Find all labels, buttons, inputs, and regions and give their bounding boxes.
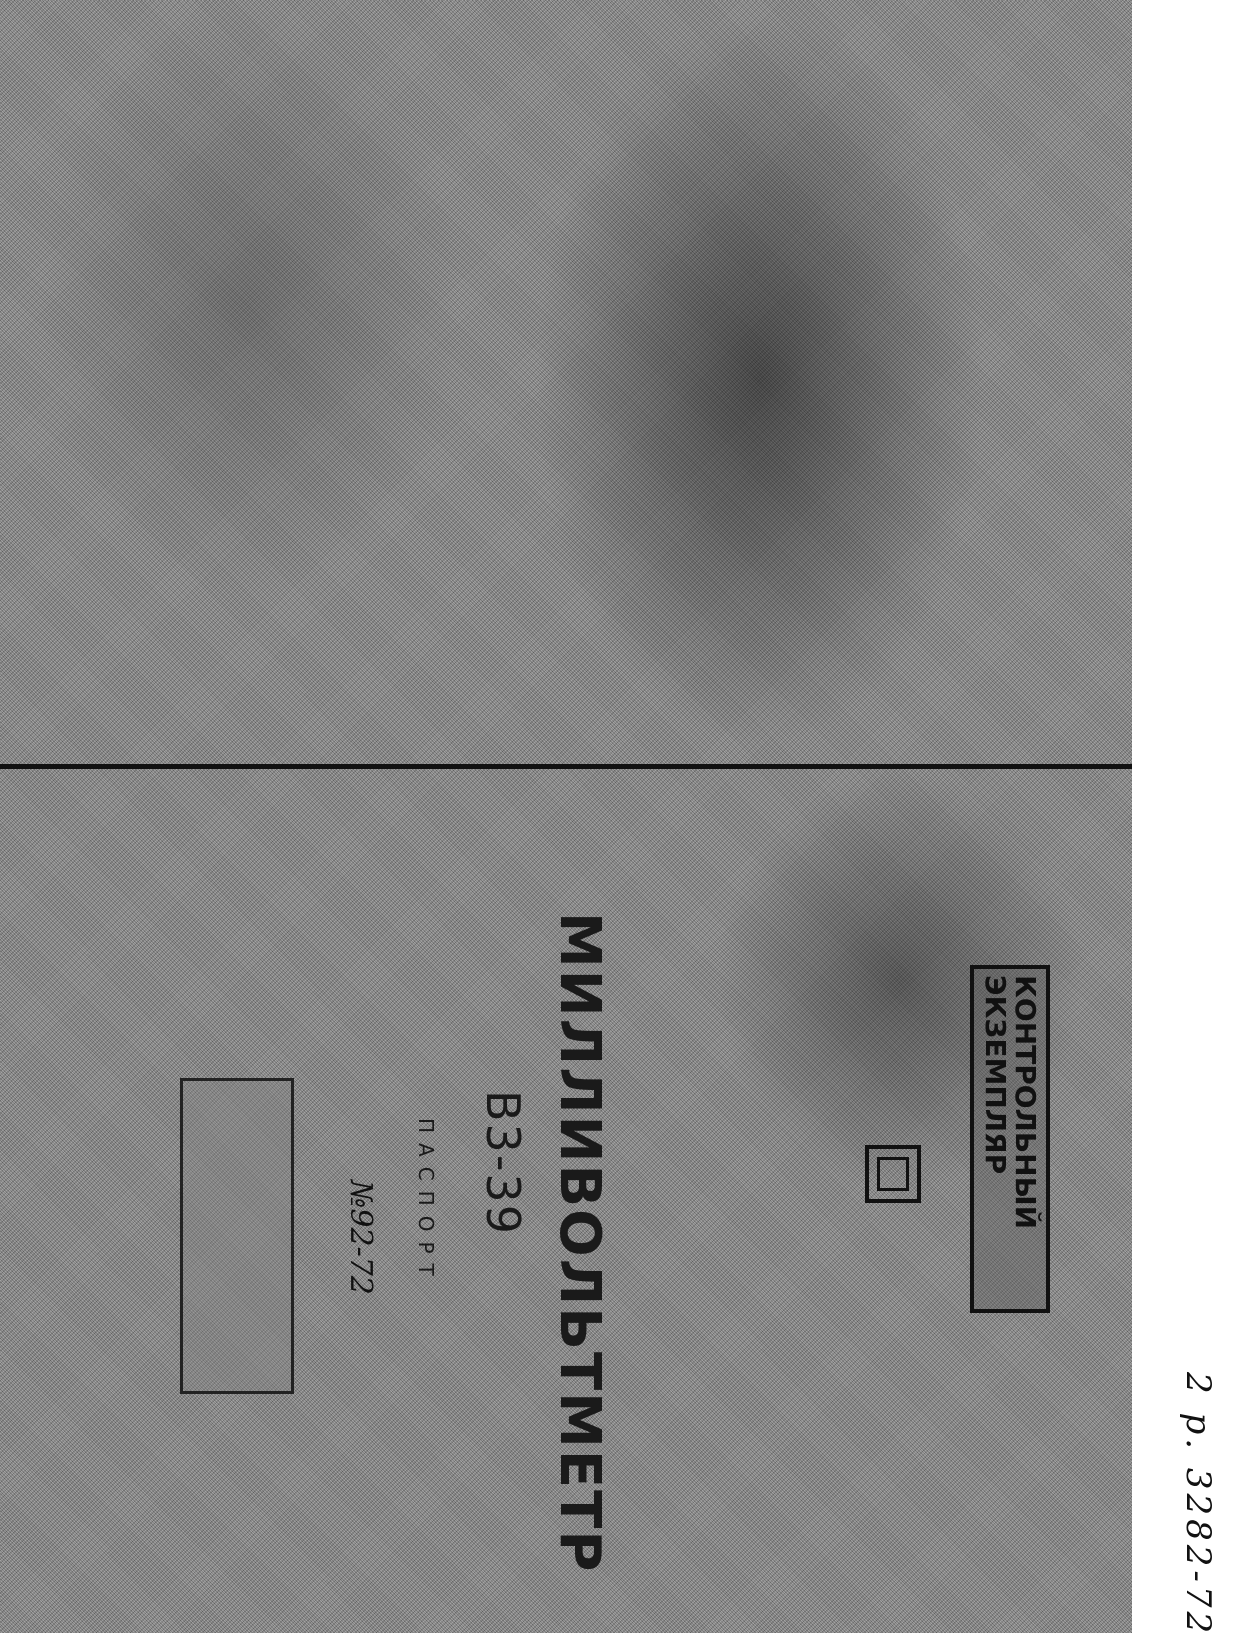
margin-handwritten-note: 2 р. 3282-72 xyxy=(1178,1372,1218,1633)
document-subtitle: ПАСПОРТ xyxy=(414,1118,438,1286)
registration-stamp-box xyxy=(180,1078,294,1394)
stamp-line-1: КОНТРОЛЬНЫЙ xyxy=(1009,975,1042,1229)
model-number: В3-39 xyxy=(476,1090,530,1236)
control-copy-stamp-text: КОНТРОЛЬНЫЙ ЭКЗЕМПЛЯР xyxy=(980,975,1040,1229)
handwritten-number: №92-72 xyxy=(343,1180,378,1295)
quality-mark-icon xyxy=(865,1145,921,1203)
stamp-line-2: ЭКЗЕМПЛЯР xyxy=(979,975,1012,1174)
page-fold-line xyxy=(0,764,1132,769)
document-title: МИЛЛИВОЛЬТМЕТР xyxy=(547,912,612,1573)
